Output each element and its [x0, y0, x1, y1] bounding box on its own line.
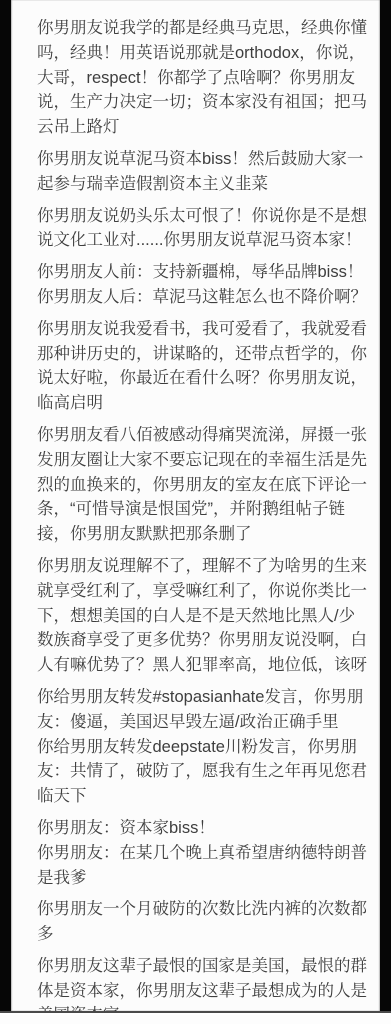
paragraph: 你男朋友看八佰被感动得痛哭流涕，屏摄一张发朋友圈让大家不要忘记现在的幸福生活是先… [37, 423, 369, 547]
paragraph-line: 你男朋友说草泥马资本biss！然后鼓励大家一起参与瑞幸造假割资本主义韭菜 [37, 150, 363, 193]
post-text: 你男朋友说我学的都是经典马克思，经典你懂吗，经典！用英语说那就是orthodox… [37, 16, 369, 1011]
image-letterbox: 你男朋友说我学的都是经典马克思，经典你懂吗，经典！用英语说那就是orthodox… [0, 0, 391, 1013]
paragraph: 你男朋友说草泥马资本biss！然后鼓励大家一起参与瑞幸造假割资本主义韭菜 [37, 147, 369, 197]
paragraph: 你男朋友说我爱看书，我可爱看了，我就爱看那种讲历史的，讲谋略的，还带点哲学的，你… [37, 317, 369, 416]
paragraph: 你男朋友一个月破防的次数比洗内裤的次数都多 [37, 897, 369, 947]
paragraph-line: 你男朋友说理解不了，理解不了为啥男的生来就享受红利了，享受嘛红利了，你说你类比一… [37, 557, 367, 674]
paragraph-line: 你男朋友说奶头乐太可恨了！你说你是不是想说文化工业对......你男朋友说草泥马… [37, 207, 367, 250]
screenshot-root: 你男朋友说我学的都是经典马克思，经典你懂吗，经典！用英语说那就是orthodox… [0, 0, 391, 1024]
paragraph: 你男朋友说理解不了，理解不了为啥男的生来就享受红利了，享受嘛红利了，你说你类比一… [37, 554, 369, 678]
paragraph-line: 你男朋友人后：草泥马这鞋怎么也不降价啊？ [37, 288, 367, 306]
paragraph: 你男朋友说奶头乐太可恨了！你说你是不是想说文化工业对......你男朋友说草泥马… [37, 204, 369, 254]
paragraph-line: 你男朋友这辈子最恨的国家是美国，最恨的群体是资本家，你男朋友这辈子最想成为的人是… [37, 957, 367, 1011]
paragraph-line: 你男朋友说我爱看书，我可爱看了，我就爱看那种讲历史的，讲谋略的，还带点哲学的，你… [37, 320, 367, 412]
paragraph-line: 你给男朋友转发deepstate川粉发言，你男朋友：共情了，破防了，愿我有生之年… [37, 738, 367, 806]
paragraph-line: 你男朋友：资本家biss！ [37, 819, 215, 837]
paragraph: 你男朋友这辈子最恨的国家是美国，最恨的群体是资本家，你男朋友这辈子最想成为的人是… [37, 954, 369, 1011]
paragraph: 你男朋友：资本家biss！你男朋友：在某几个晚上真希望唐纳德特朗普是我爹 [37, 816, 369, 890]
paragraph-line: 你男朋友看八佰被感动得痛哭流涕，屏摄一张发朋友圈让大家不要忘记现在的幸福生活是先… [37, 426, 367, 543]
paragraph: 你给男朋友转发#stopasianhate发言，你男朋友：傻逼，美国迟早毁左逼/… [37, 685, 369, 809]
text-page: 你男朋友说我学的都是经典马克思，经典你懂吗，经典！用英语说那就是orthodox… [11, 0, 380, 1011]
paragraph-line: 你男朋友人前：支持新疆棉，辱华品牌biss！ [37, 263, 363, 281]
paragraph: 你男朋友人前：支持新疆棉，辱华品牌biss！你男朋友人后：草泥马这鞋怎么也不降价… [37, 260, 369, 310]
bottom-white-strip [0, 1015, 391, 1024]
paragraph: 你男朋友说我学的都是经典马克思，经典你懂吗，经典！用英语说那就是orthodox… [37, 16, 369, 140]
paragraph-line: 你男朋友一个月破防的次数比洗内裤的次数都多 [37, 900, 367, 943]
paragraph-line: 你男朋友：在某几个晚上真希望唐纳德特朗普是我爹 [37, 844, 367, 887]
paragraph-line: 你给男朋友转发#stopasianhate发言，你男朋友：傻逼，美国迟早毁左逼/… [37, 688, 363, 731]
paragraph-line: 你男朋友说我学的都是经典马克思，经典你懂吗，经典！用英语说那就是orthodox… [37, 19, 367, 136]
